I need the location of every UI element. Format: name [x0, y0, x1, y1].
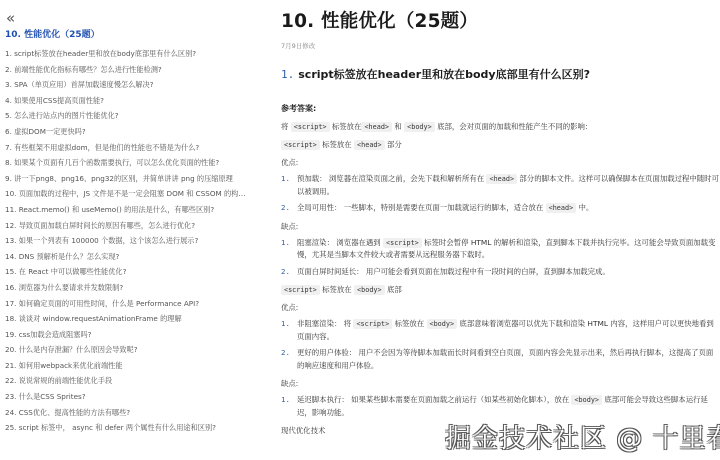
toc-item[interactable]: 10. 页面加载的过程中，JS 文件是不是一定会阻塞 DOM 和 CSSOM 的…	[5, 186, 247, 202]
body-cons-list: 1.延迟脚本执行： 如果某些脚本需要在页面加载之前运行（如某些初始化脚本），放在…	[281, 394, 720, 419]
toc-item[interactable]: 17. 如何确定页面的可用性时间，什么是 Performance API?	[5, 296, 247, 312]
toc-item[interactable]: 3. SPA（单页应用）首屏加载速度慢怎么解决?	[5, 77, 247, 93]
toc-item[interactable]: 5. 怎么进行站点内的图片性能优化?	[5, 108, 247, 124]
toc-item[interactable]: 19. css加载会造成阻塞吗?	[5, 327, 247, 343]
head-pros-label: 优点:	[281, 157, 720, 169]
intro-paragraph: 将 <script> 标签放在<head> 和 <body> 底部，会对页面的加…	[281, 121, 720, 133]
list-item: 1.预加载： 浏览器在渲染页面之前，会先下载和解析所有在 <head> 部分的脚…	[281, 173, 720, 198]
head-section-heading: <script> 标签放在 <head> 部分	[281, 139, 720, 151]
answer-label: 参考答案:	[281, 103, 720, 115]
toc-item[interactable]: 2. 前端性能优化指标有哪些？怎么进行性能检测?	[5, 62, 247, 78]
toc-item[interactable]: 4. 如果使用CSS提高页面性能?	[5, 93, 247, 109]
page-title: 10. 性能优化（25题）	[281, 9, 720, 35]
list-item: 1.延迟脚本执行： 如果某些脚本需要在页面加载之前运行（如某些初始化脚本），放在…	[281, 394, 720, 419]
toc-item[interactable]: 7. 有些框架不用虚拟dom，但是他们的性能也不错是为什么?	[5, 140, 247, 156]
collapse-sidebar-icon[interactable]: «	[5, 8, 250, 28]
list-item: 2.页面白屏时间延长： 用户可能会看到页面在加载过程中有一段时间的白屏，直到脚本…	[281, 266, 720, 279]
toc-item[interactable]: 13. 如果一个列表有 100000 个数据，这个该怎么进行展示?	[5, 233, 247, 249]
toc-item[interactable]: 25. script 标签中， async 和 defer 两个属性有什么用途和…	[5, 420, 247, 436]
head-cons-label: 缺点:	[281, 221, 720, 233]
article-content: 10. 性能优化（25题） 7月9日修改 1.script标签放在header里…	[270, 0, 720, 460]
body-cons-label: 缺点:	[281, 378, 720, 390]
body-section-heading: <script> 标签放在 <body> 底部	[281, 284, 720, 296]
toc-item[interactable]: 8. 如果某个页面有几百个函数需要执行，可以怎么优化页面的性能?	[5, 155, 247, 171]
toc-item[interactable]: 23. 什么是CSS Sprites?	[5, 389, 247, 405]
toc-sidebar: « 10. 性能优化（25题） 1. script标签放在header里和放在b…	[0, 0, 250, 460]
list-item: 1.非阻塞渲染： 将 <script> 标签放在 <body> 底部意味着浏览器…	[281, 318, 720, 343]
body-pros-label: 优点:	[281, 302, 720, 314]
toc-item[interactable]: 12. 导致页面加载白屏时间长的原因有哪些，怎么进行优化?	[5, 218, 247, 234]
toc-item[interactable]: 20. 什么是内存泄漏？什么原因会导致呢?	[5, 342, 247, 358]
toc-item[interactable]: 22. 说说常规的前端性能优化手段	[5, 373, 247, 389]
toc-item[interactable]: 16. 浏览器为什么要请求并发数限制?	[5, 280, 247, 296]
body-pros-list: 1.非阻塞渲染： 将 <script> 标签放在 <body> 底部意味着浏览器…	[281, 318, 720, 372]
head-cons-list: 1.阻塞渲染： 浏览器在遇到 <script> 标签时会暂停 HTML 的解析和…	[281, 237, 720, 279]
toc-list: 1. script标签放在header里和放在body底部里有什么区别?2. 前…	[5, 46, 250, 436]
list-item: 2.全局可用性： 一些脚本，特别是需要在页面一加载就运行的脚本，适合放在 <he…	[281, 202, 720, 215]
list-item: 2.更好的用户体验： 用户不会因为等待脚本加载而长时间看到空白页面，页面内容会先…	[281, 347, 720, 372]
toc-item[interactable]: 14. DNS 预解析是什么？怎么实现?	[5, 249, 247, 265]
toc-item[interactable]: 6. 虚拟DOM一定更快吗?	[5, 124, 247, 140]
toc-item[interactable]: 9. 讲一下png8、png16、png32的区别，并简单讲讲 png 的压缩原…	[5, 171, 247, 187]
modified-date: 7月9日修改	[281, 41, 720, 51]
toc-section-title[interactable]: 10. 性能优化（25题）	[5, 28, 250, 42]
question-number: 1.	[281, 68, 294, 81]
toc-item[interactable]: 18. 谈谈对 window.requestAnimationFrame 的理解	[5, 311, 247, 327]
toc-item[interactable]: 24. CSS优化、提高性能的方法有哪些?	[5, 405, 247, 421]
modern-techniques-heading: 现代优化技术	[281, 425, 720, 437]
question-heading: 1.script标签放在header里和放在body底部里有什么区别?	[281, 67, 720, 83]
toc-item[interactable]: 15. 在 React 中可以做哪些性能优化?	[5, 264, 247, 280]
toc-item[interactable]: 1. script标签放在header里和放在body底部里有什么区别?	[5, 46, 247, 62]
question-text: script标签放在header里和放在body底部里有什么区别?	[298, 68, 590, 81]
list-item: 1.阻塞渲染： 浏览器在遇到 <script> 标签时会暂停 HTML 的解析和…	[281, 237, 720, 262]
head-pros-list: 1.预加载： 浏览器在渲染页面之前，会先下载和解析所有在 <head> 部分的脚…	[281, 173, 720, 215]
toc-item[interactable]: 11. React.memo() 和 useMemo() 的用法是什么，有哪些区…	[5, 202, 247, 218]
toc-item[interactable]: 21. 如何用webpack来优化前端性能	[5, 358, 247, 374]
